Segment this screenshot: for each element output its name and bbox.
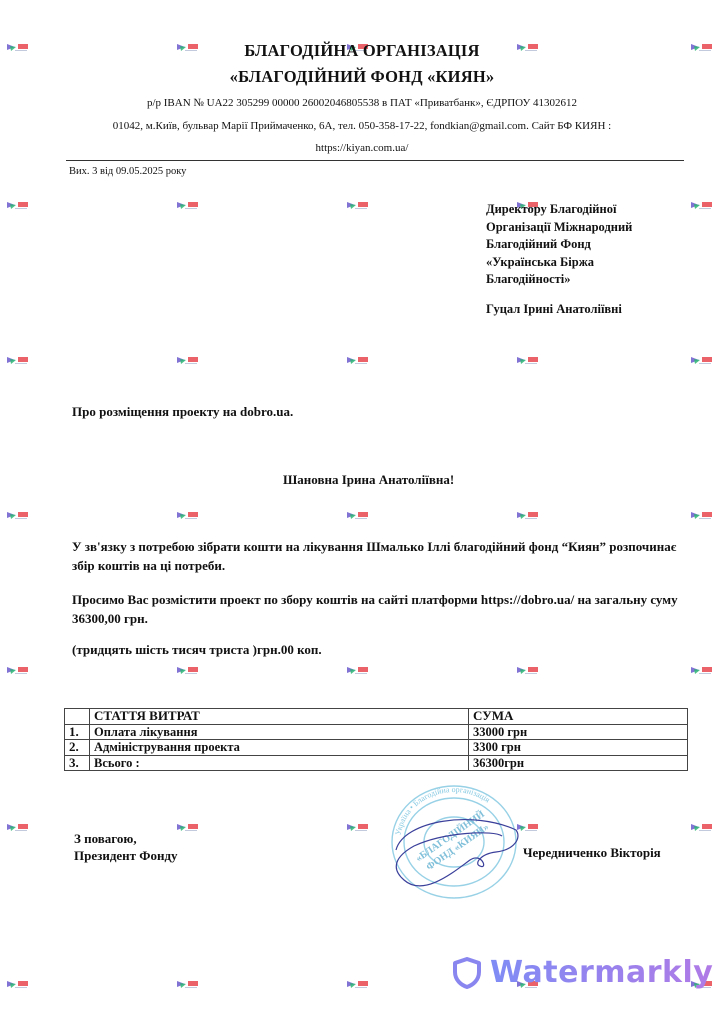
watermark-logo-icon xyxy=(516,353,540,365)
watermark-logo-icon xyxy=(516,508,540,520)
watermark-logo-icon xyxy=(346,820,370,832)
row-number: 1. xyxy=(65,724,90,740)
body-paragraph-1: У зв'язку з потребою зібрати кошти на лі… xyxy=(72,537,692,575)
shield-icon xyxy=(452,957,482,989)
watermark-logo-icon xyxy=(176,353,200,365)
row-item: Всього : xyxy=(90,755,469,771)
row-number: 3. xyxy=(65,755,90,771)
watermark-logo-icon xyxy=(690,663,714,675)
addressee-name: Гуцал Ірині Анатоліївні xyxy=(486,302,622,317)
letterhead-divider xyxy=(66,160,684,161)
row-item: Оплата лікування xyxy=(90,724,469,740)
watermark-logo-icon xyxy=(6,820,30,832)
closing-position: Президент Фонду xyxy=(74,847,178,864)
watermark-logo-icon xyxy=(690,820,714,832)
addressee-line: Організації Міжнародний xyxy=(486,219,686,237)
header-cell-item: СТАТТЯ ВИТРАТ xyxy=(90,709,469,725)
header-cell-num xyxy=(65,709,90,725)
addressee-block: Директору Благодійної Організації Міжнар… xyxy=(486,201,686,289)
row-amount: 3300 грн xyxy=(469,740,688,756)
row-amount: 33000 грн xyxy=(469,724,688,740)
website-link[interactable]: https://kiyan.com.ua/ xyxy=(0,142,724,154)
outgoing-reference: Вих. 3 від 09.05.2025 року xyxy=(69,166,186,177)
amount-in-words: (тридцять шість тисяч триста )грн.00 коп… xyxy=(72,640,692,659)
watermark-logo-icon xyxy=(346,198,370,210)
watermark-logo-icon xyxy=(346,977,370,989)
closing-regards: З повагою, xyxy=(74,830,178,847)
org-name-heading: «БЛАГОДІЙНИЙ ФОНД «КИЯН» xyxy=(0,67,724,87)
watermarkly-watermark: Watermarkly xyxy=(452,955,713,990)
table-row: 3. Всього : 36300грн xyxy=(65,755,688,771)
subject-line: Про розміщення проекту на dobro.ua. xyxy=(72,404,293,420)
table-row: 2. Адміністрування проекта 3300 грн xyxy=(65,740,688,756)
row-amount: 36300грн xyxy=(469,755,688,771)
watermark-logo-icon xyxy=(6,663,30,675)
addressee-line: Директору Благодійної xyxy=(486,201,686,219)
header-cell-amount: СУМА xyxy=(469,709,688,725)
watermark-logo-icon xyxy=(690,353,714,365)
closing-block: З повагою, Президент Фонду xyxy=(74,830,178,864)
signer-name: Чередниченко Вікторія xyxy=(523,845,661,861)
address-contacts: 01042, м.Київ, бульвар Марії Приймаченко… xyxy=(0,120,724,132)
salutation: Шановна Ірина Анатоліївна! xyxy=(283,472,454,488)
document-page: БЛАГОДІЙНА ОРГАНІЗАЦІЯ «БЛАГОДІЙНИЙ ФОНД… xyxy=(0,0,724,1024)
watermark-logo-icon xyxy=(176,820,200,832)
bank-details: р/р IBAN № UA22 305299 00000 26002046805… xyxy=(0,97,724,109)
table-header-row: СТАТТЯ ВИТРАТ СУМА xyxy=(65,709,688,725)
watermarkly-text: Watermarkly xyxy=(490,955,713,990)
watermark-logo-icon xyxy=(6,198,30,210)
watermark-logo-icon xyxy=(690,508,714,520)
row-number: 2. xyxy=(65,740,90,756)
addressee-line: Благодійності» xyxy=(486,271,686,289)
watermark-logo-icon xyxy=(6,508,30,520)
watermark-logo-icon xyxy=(6,977,30,989)
watermark-logo-icon xyxy=(690,198,714,210)
watermark-logo-icon xyxy=(346,353,370,365)
watermark-logo-icon xyxy=(176,198,200,210)
watermark-logo-icon xyxy=(346,663,370,675)
watermark-logo-icon xyxy=(176,508,200,520)
watermark-logo-icon xyxy=(516,663,540,675)
table-row: 1. Оплата лікування 33000 грн xyxy=(65,724,688,740)
watermark-logo-icon xyxy=(346,508,370,520)
body-paragraph-2: Просимо Вас розмістити проект по збору к… xyxy=(72,590,692,628)
org-type-heading: БЛАГОДІЙНА ОРГАНІЗАЦІЯ xyxy=(0,41,724,61)
organization-stamp: Україна • Благодійна організація «БЛАГОД… xyxy=(384,780,524,902)
row-item: Адміністрування проекта xyxy=(90,740,469,756)
expenses-table: СТАТТЯ ВИТРАТ СУМА 1. Оплата лікування 3… xyxy=(64,708,688,771)
addressee-line: «Українська Біржа xyxy=(486,254,686,272)
watermark-logo-icon xyxy=(176,977,200,989)
watermark-logo-icon xyxy=(176,663,200,675)
watermark-logo-icon xyxy=(6,353,30,365)
addressee-line: Благодійний Фонд xyxy=(486,236,686,254)
